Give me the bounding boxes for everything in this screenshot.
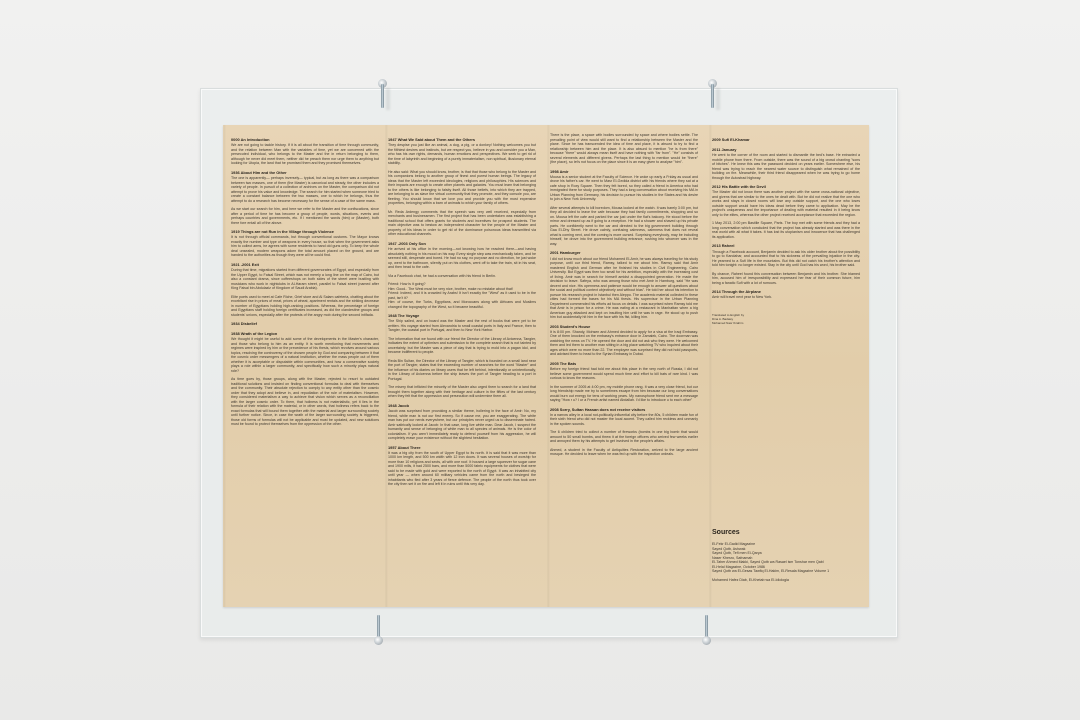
section-paragraph: Via a Facebook chat, he had a conversati…: [388, 274, 536, 279]
section-heading: 1947 -2003 Only Son: [388, 242, 536, 247]
dialogue-line: Him: of course, the Turks, Egyptians, an…: [388, 300, 536, 309]
section-heading: 2013 Raheel: [712, 244, 860, 249]
section-heading: 1919 Things are not Run in the Village t…: [231, 230, 379, 235]
section-paragraph: Before my foreign friend had told me abo…: [550, 367, 698, 381]
section-paragraph: The 6 children tried to collect a number…: [550, 430, 698, 444]
text-column-3: There is the place, a space with bodies …: [550, 133, 698, 603]
bolt-shadow: [716, 88, 720, 110]
standoff-bolt-top-left: [378, 79, 386, 109]
section-paragraph: Amir will travel next year to New York.: [712, 295, 860, 300]
text-column-1: 0000 An Introduction We are not going to…: [231, 133, 379, 603]
section-heading: 1998 Amir: [550, 170, 698, 175]
section-heading: 2005 The Bats: [550, 362, 698, 367]
section-heading: 2001 Hamburger: [550, 251, 698, 256]
section-paragraph: The Master did not know there was anothe…: [712, 190, 860, 217]
section-paragraph: It is 8:00 pm. Shandy, Mohsen and Ahmed …: [550, 330, 698, 357]
section-heading: 2003 Student's House: [550, 325, 698, 330]
section-heading: 1948 The Voyage: [388, 314, 536, 319]
section-paragraph: The Ship sailed, and on board was the Ma…: [388, 319, 536, 333]
source-item: Sayed Qotb wa El-Gesas Tawfiq El-Hakim, …: [712, 569, 860, 574]
section-paragraph: By chance, Raheel found this conversatio…: [712, 272, 860, 286]
section-paragraph: I did not know much about our friend Moh…: [550, 257, 698, 320]
section-paragraph: There is the place, a space with bodies …: [550, 133, 698, 165]
section-paragraph: They despise you just like an animal, a …: [388, 143, 536, 166]
section-heading: 2008 Sorry, Sultan Hassan does not recei…: [550, 408, 698, 413]
section-paragraph: Mousa is a senior student at the Faculty…: [550, 175, 698, 202]
section-paragraph: We thought it might be useful to add som…: [231, 337, 379, 373]
section-paragraph: Through a Facebook account, Benjamin dec…: [712, 250, 860, 268]
text-column-4: 2009 Sufi El-Khamar 2011 January He went…: [712, 133, 860, 603]
section-paragraph: Ahmed, a student in the Faculty of Antiq…: [550, 448, 698, 457]
text-column-2: 1947 What We Said about Them and the Oth…: [388, 133, 536, 603]
section-heading: 1921 -2001 Exit: [231, 263, 379, 268]
section-heading: 1947 What We Said about Them and the Oth…: [388, 138, 536, 143]
section-paragraph: The misery that inflicted the minority o…: [388, 385, 536, 399]
standoff-bolt-bottom-left: [374, 615, 382, 645]
printed-document: 0000 An Introduction We are not going to…: [223, 125, 869, 607]
section-paragraph: Reda Bin Sultan, the Director of the Lib…: [388, 359, 536, 382]
section-paragraph: Mr. Reda Ardengy comments that the speec…: [388, 210, 536, 237]
section-paragraph: We are not going to tackle history. If i…: [231, 143, 379, 166]
section-heading: 2014 Through the Airplane: [712, 290, 860, 295]
bolt-shadow: [386, 88, 390, 110]
section-paragraph: 1 May 2013, 2:00 pm Bastille Square, Par…: [712, 221, 860, 239]
section-paragraph: As time goes by, those groups, along wit…: [231, 377, 379, 427]
dialogue-line: Friend: Indeed, and it is crowded by Ara…: [388, 291, 536, 300]
section-paragraph: He arrived at his office in the morning—…: [388, 247, 536, 270]
section-paragraph: It was a big city from the south of Uppe…: [388, 451, 536, 487]
translation-credits: Translated to English by Dina A. Badawy …: [712, 314, 860, 325]
source-item: Mohamed Hafez Diab, El-Khetab wa El-Idio…: [712, 578, 860, 583]
section-paragraph: Jacob was surprised from provoking a sim…: [388, 409, 536, 441]
section-paragraph: In a narrow alley in a local not-politic…: [550, 413, 698, 427]
section-paragraph: The one is apparently— perhaps inversely…: [231, 176, 379, 203]
section-heading: 1934 Disbelief: [231, 322, 379, 327]
section-heading: 2009 Sufi El-Khamar: [712, 138, 860, 143]
section-heading: 1957 About There: [388, 446, 536, 451]
section-heading: 1948 Jacob: [388, 404, 536, 409]
section-heading: 1938 Wrath of the Legion: [231, 332, 379, 337]
section-paragraph: After several attempts to kill boredom, …: [550, 206, 698, 247]
sources-block: Sources El-Fekr El-Gadid Magazine Sayed …: [712, 521, 860, 582]
section-heading: 0000 An Introduction: [231, 138, 379, 143]
section-paragraph: He went to the corner of the room and st…: [712, 153, 860, 180]
section-paragraph: He also said: What you should know, brot…: [388, 170, 536, 206]
section-paragraph: The information that we found with our f…: [388, 337, 536, 355]
section-paragraph: It is not through official commands, but…: [231, 235, 379, 258]
section-paragraph: As we start our search for him, and here…: [231, 207, 379, 225]
section-heading: 1936 About Him and the Other: [231, 171, 379, 176]
section-paragraph: In the summer of 2005 at 4:00 pm, my mob…: [550, 385, 698, 403]
standoff-bolt-bottom-right: [702, 615, 710, 645]
standoff-bolt-top-right: [708, 79, 716, 109]
section-paragraph: Elite poets used to meet at Cafe Riche, …: [231, 295, 379, 318]
section-paragraph: During that time, migrations started fro…: [231, 268, 379, 291]
credit-line: Mohamed Nasr Ibrahim: [712, 322, 860, 326]
sources-title: Sources: [712, 529, 860, 537]
section-heading: 2012 His Battle with the Devil: [712, 185, 860, 190]
section-heading: 2011 January: [712, 148, 860, 153]
